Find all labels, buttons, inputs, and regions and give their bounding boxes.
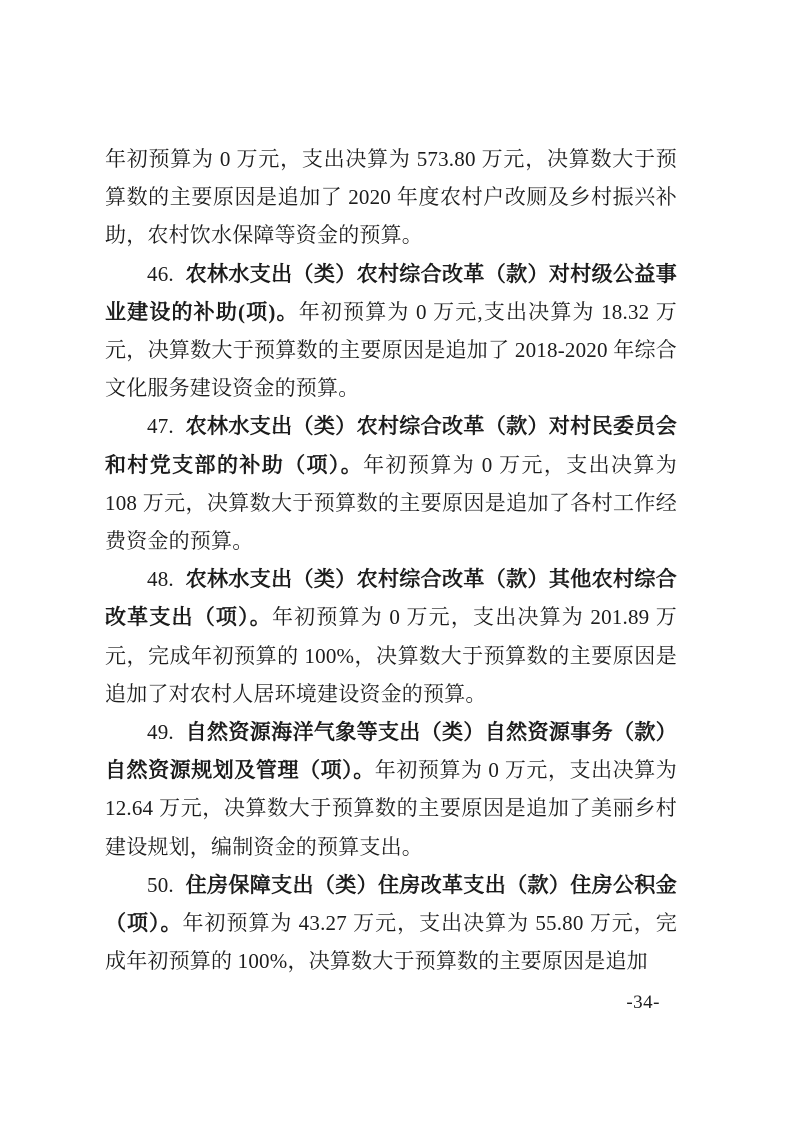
item-47: 47.农林水支出（类）农村综合改革（款）对村民委员会和村党支部的补助（项）。年初… bbox=[105, 407, 677, 560]
item-48: 48.农林水支出（类）农村综合改革（款）其他农村综合改革支出（项）。年初预算为 … bbox=[105, 560, 677, 713]
item-48-number: 48. bbox=[147, 567, 174, 591]
document-body: 年初预算为 0 万元，支出决算为 573.80 万元，决算数大于预算数的主要原因… bbox=[105, 140, 677, 980]
item-49: 49.自然资源海洋气象等支出（类）自然资源事务（款）自然资源规划及管理（项）。年… bbox=[105, 713, 677, 866]
item-50: 50.住房保障支出（类）住房改革支出（款）住房公积金（项）。年初预算为 43.2… bbox=[105, 866, 677, 981]
item-49-number: 49. bbox=[147, 720, 174, 744]
item-46: 46.农林水支出（类）农村综合改革（款）对村级公益事业建设的补助(项)。年初预算… bbox=[105, 255, 677, 408]
paragraph-continuation: 年初预算为 0 万元，支出决算为 573.80 万元，决算数大于预算数的主要原因… bbox=[105, 140, 677, 255]
item-50-number: 50. bbox=[147, 873, 174, 897]
page-number: -34- bbox=[626, 992, 660, 1014]
item-50-text: 年初预算为 43.27 万元，支出决算为 55.80 万元，完成年初预算的 10… bbox=[105, 911, 677, 973]
item-47-number: 47. bbox=[147, 414, 174, 438]
paragraph-text: 年初预算为 0 万元，支出决算为 573.80 万元，决算数大于预算数的主要原因… bbox=[105, 147, 677, 247]
item-46-number: 46. bbox=[147, 262, 174, 286]
document-page: 年初预算为 0 万元，支出决算为 573.80 万元，决算数大于预算数的主要原因… bbox=[0, 0, 793, 1122]
